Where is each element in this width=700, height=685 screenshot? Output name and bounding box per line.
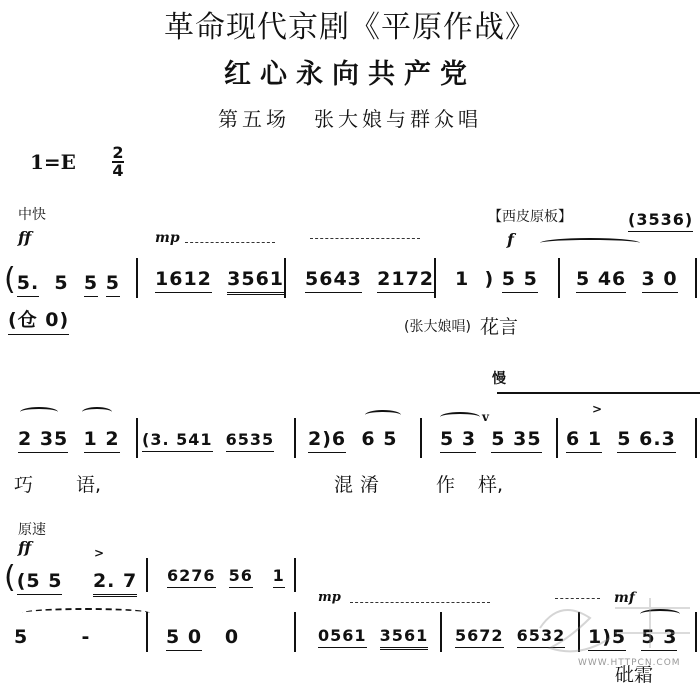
slur (82, 407, 112, 417)
note-group: 6535 (226, 430, 275, 452)
watermark-url: WWW.HTTPCN.COM (578, 658, 681, 668)
measure-13: 5 - (14, 626, 90, 648)
barline (695, 612, 697, 652)
note-group: 5. (17, 272, 39, 297)
note-group: 5 3 (440, 428, 476, 453)
note-group: 1 2 (84, 428, 120, 453)
barline (294, 418, 296, 458)
dynamic-mp: mp (155, 230, 180, 246)
dynamic-ff: ff (18, 228, 31, 247)
measure-1: (5. 5 5 5 (4, 262, 120, 297)
lyric: 花言 (480, 312, 518, 339)
lyric: 语, (76, 470, 101, 497)
barline (420, 418, 422, 458)
note-group: (3. 541 (142, 430, 213, 452)
note-group: 6276 (167, 566, 216, 588)
note-group: 2172 (377, 268, 434, 293)
note-group: 5 (106, 272, 120, 297)
note-group: 1 (455, 268, 469, 290)
lyric: 样, (478, 470, 503, 497)
note-group: 3561 (227, 268, 284, 295)
slur (20, 407, 58, 417)
lyric: 淆 (360, 470, 379, 497)
barline (146, 612, 148, 652)
barline (136, 418, 138, 458)
slur (365, 410, 401, 420)
open-paren: ( (4, 262, 17, 297)
watermark-logo-icon (520, 588, 695, 660)
crescendo-line (185, 242, 275, 243)
note-group: 2. 7 (93, 570, 137, 597)
tempo-marking: 原速 (18, 519, 46, 539)
measure-7: (3. 541 6535 (142, 430, 274, 449)
barline (294, 612, 296, 652)
time-signature-top: 2 (112, 145, 124, 161)
barline (284, 258, 286, 298)
measure-4: 1 ) 5 5 (455, 268, 538, 290)
lyric: 巧 (14, 470, 33, 497)
tempo-marking: 中快 (18, 204, 46, 224)
note-group: 3 0 (642, 268, 678, 293)
note-group: 5 46 (576, 268, 626, 293)
measure-15: 0561 3561 (318, 626, 428, 645)
section-label: 【西皮原板】 (488, 206, 572, 226)
barline (558, 258, 560, 298)
crescendo-line (350, 602, 490, 603)
note-group: 56 (229, 566, 253, 588)
time-signature-bottom: 4 (112, 163, 124, 179)
sustain-dash: - (82, 626, 91, 648)
crescendo-line (310, 238, 420, 239)
tie (22, 608, 150, 618)
barline (294, 558, 296, 592)
measure-6: 2 35 1 2 (18, 428, 120, 450)
note-group: 5643 (305, 268, 362, 293)
barline (434, 258, 436, 298)
accent-mark: > (94, 546, 104, 560)
barline (695, 258, 697, 298)
singer-note: (张大娘唱) (404, 316, 471, 336)
note-group: 2)6 (308, 428, 346, 453)
note-group: 5 0 (166, 626, 202, 651)
note-group: 5 (54, 272, 68, 294)
measure-9: 5 3 5 35 (440, 428, 542, 450)
opera-title: 革命现代京剧《平原作战》 (0, 2, 700, 46)
barline (146, 558, 148, 592)
measure-3: 5643 2172 (305, 268, 434, 290)
tempo-marking: 慢 (492, 368, 506, 388)
bracketed-notes: (3536) (628, 210, 693, 232)
breath-mark: v (482, 410, 489, 424)
key-signature: 1=E (30, 150, 76, 174)
dynamic-f: f (507, 230, 514, 249)
note-group: 5 5 (502, 268, 538, 293)
rest: 0 (225, 626, 239, 648)
note-group: 5 (84, 272, 98, 297)
barline (136, 258, 138, 298)
barline (440, 612, 442, 652)
measure-2: 1612 3561 (155, 268, 284, 290)
lyric: 作 (436, 470, 455, 497)
lyric: 混 (334, 470, 353, 497)
measure-10: 6 1 5 6.3 (566, 428, 676, 450)
note-group: (5 5 (17, 570, 63, 595)
barline (695, 418, 697, 458)
note-group: 5672 (455, 626, 504, 648)
percussion-line: (仓 0) (8, 305, 69, 335)
slur (540, 238, 640, 248)
note-group: 1 (273, 566, 285, 588)
close-paren: ) (484, 268, 494, 290)
barline (556, 418, 558, 458)
measure-5: 5 46 3 0 (576, 268, 678, 290)
note-group: 6 5 (361, 428, 397, 450)
song-title: 红心永向共产党 (0, 52, 700, 91)
note-group: 3561 (380, 626, 429, 650)
measure-12: 6276 56 1 (167, 566, 285, 585)
scene-subtitle: 第五场 张大娘与群众唱 (0, 103, 700, 132)
note-group: 1612 (155, 268, 212, 293)
note-group: 5 6.3 (617, 428, 676, 453)
measure-8: 2)6 6 5 (308, 428, 397, 450)
slur (440, 412, 480, 422)
note-group: 5 (14, 626, 28, 648)
accent-mark: > (592, 402, 602, 416)
note-group: 6 1 (566, 428, 602, 453)
note-group: 0561 (318, 626, 367, 648)
dynamic-mp: mp (318, 590, 341, 605)
note-group: 5 35 (491, 428, 541, 453)
tempo-extension-line (497, 392, 700, 394)
time-signature: 2 4 (112, 145, 124, 179)
dynamic-ff: ff (18, 538, 31, 557)
open-paren: ( (4, 560, 17, 595)
note-group: 2 35 (18, 428, 68, 453)
measure-11: ((5 5 2. 7 (4, 560, 137, 595)
measure-14: 5 0 0 (166, 626, 239, 648)
